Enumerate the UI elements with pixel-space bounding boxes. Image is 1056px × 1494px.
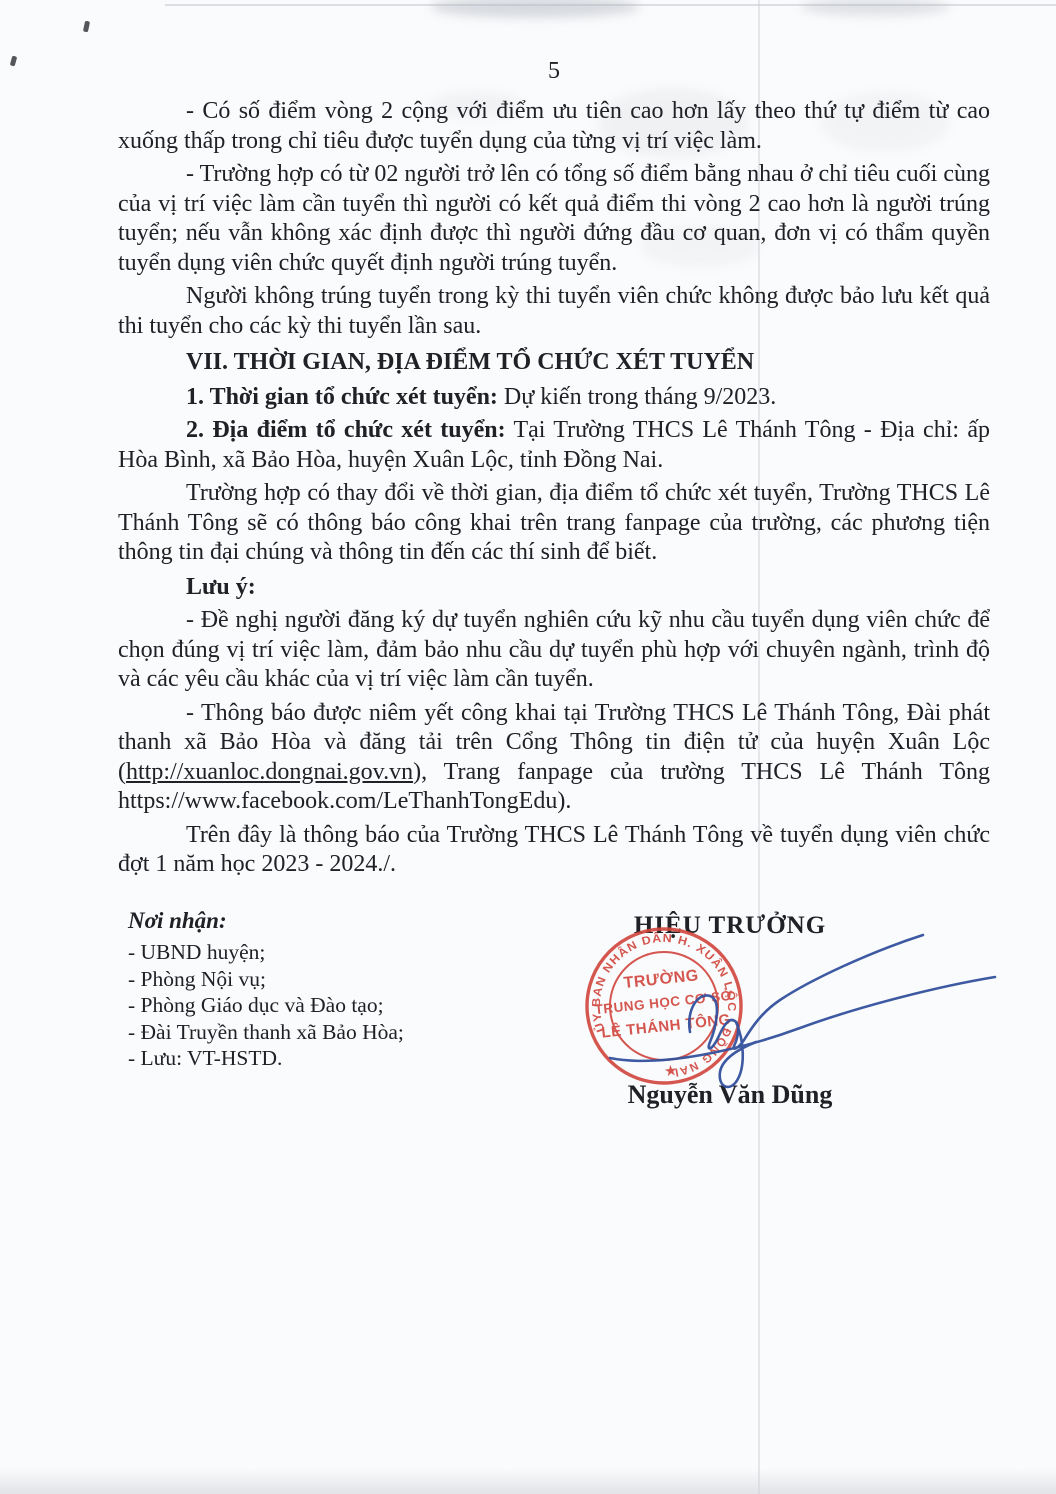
paragraph-change-notice: Trường hợp có thay đổi về thời gian, địa… [118,479,990,568]
item-place-label: 2. Địa điểm tổ chức xét tuyển: [186,417,506,443]
item-place: 2. Địa điểm tổ chức xét tuyển: Tại Trườn… [118,416,990,475]
recipient-item: - Phòng Giáo dục và Đào tạo; [128,992,548,1019]
recipient-item: - UBND huyện; [128,939,548,966]
page-number: 5 [118,58,990,85]
paragraph-closing: Trên đây là thông báo của Trường THCS Lê… [118,821,990,880]
scan-bottom-shadow [0,1468,1056,1494]
note-heading: Lưu ý: [118,573,990,603]
stamp-line1: TRƯỜNG [623,965,700,992]
paragraph-score-ranking: - Có số điểm vòng 2 cộng với điểm ưu tiê… [118,97,990,156]
paragraph-publication: - Thông báo được niêm yết công khai tại … [118,699,990,817]
recipients-heading: Nơi nhận: [128,908,548,934]
scan-smudge [430,0,640,18]
recipient-item: - Đài Truyền thanh xã Bảo Hòa; [128,1019,548,1046]
stamp-signature-svg: ỦY BAN NHÂN DÂN H. XUÂN LỘC ĐỒNG NAI TRƯ… [540,900,1040,1145]
paragraph-tie-break: - Trường hợp có từ 02 người trở lên có t… [118,160,990,278]
recipient-item: - Lưu: VT-HSTD. [128,1045,548,1072]
scan-smudge [800,0,950,16]
item-time-text: Dự kiến trong tháng 9/2023. [498,384,776,410]
item-time-label: 1. Thời gian tổ chức xét tuyển: [186,384,498,410]
item-time: 1. Thời gian tổ chức xét tuyển: Dự kiến … [118,383,990,413]
document-body: 5 - Có số điểm vòng 2 cộng với điểm ưu t… [118,58,990,884]
scanned-document-page: 5 - Có số điểm vòng 2 cộng với điểm ưu t… [0,0,1056,1494]
stamp-and-signature: ỦY BAN NHÂN DÂN H. XUÂN LỘC ĐỒNG NAI TRƯ… [540,900,1040,1145]
district-portal-link[interactable]: http://xuanloc.dongnai.gov.vn [126,759,413,785]
recipient-item: - Phòng Nội vụ; [128,966,548,993]
stamp-star-icon: ★ [663,1063,678,1080]
paragraph-note-advice: - Đề nghị người đăng ký dự tuyển nghiên … [118,606,990,695]
scan-speck [10,56,18,67]
recipients-block: Nơi nhận: - UBND huyện; - Phòng Nội vụ; … [128,908,548,1072]
paragraph-no-reserve: Người không trúng tuyển trong kỳ thi tuy… [118,282,990,341]
scan-speck [83,21,90,33]
section-vii-heading: VII. THỜI GIAN, ĐỊA ĐIỂM TỔ CHỨC XÉT TUY… [118,348,990,378]
